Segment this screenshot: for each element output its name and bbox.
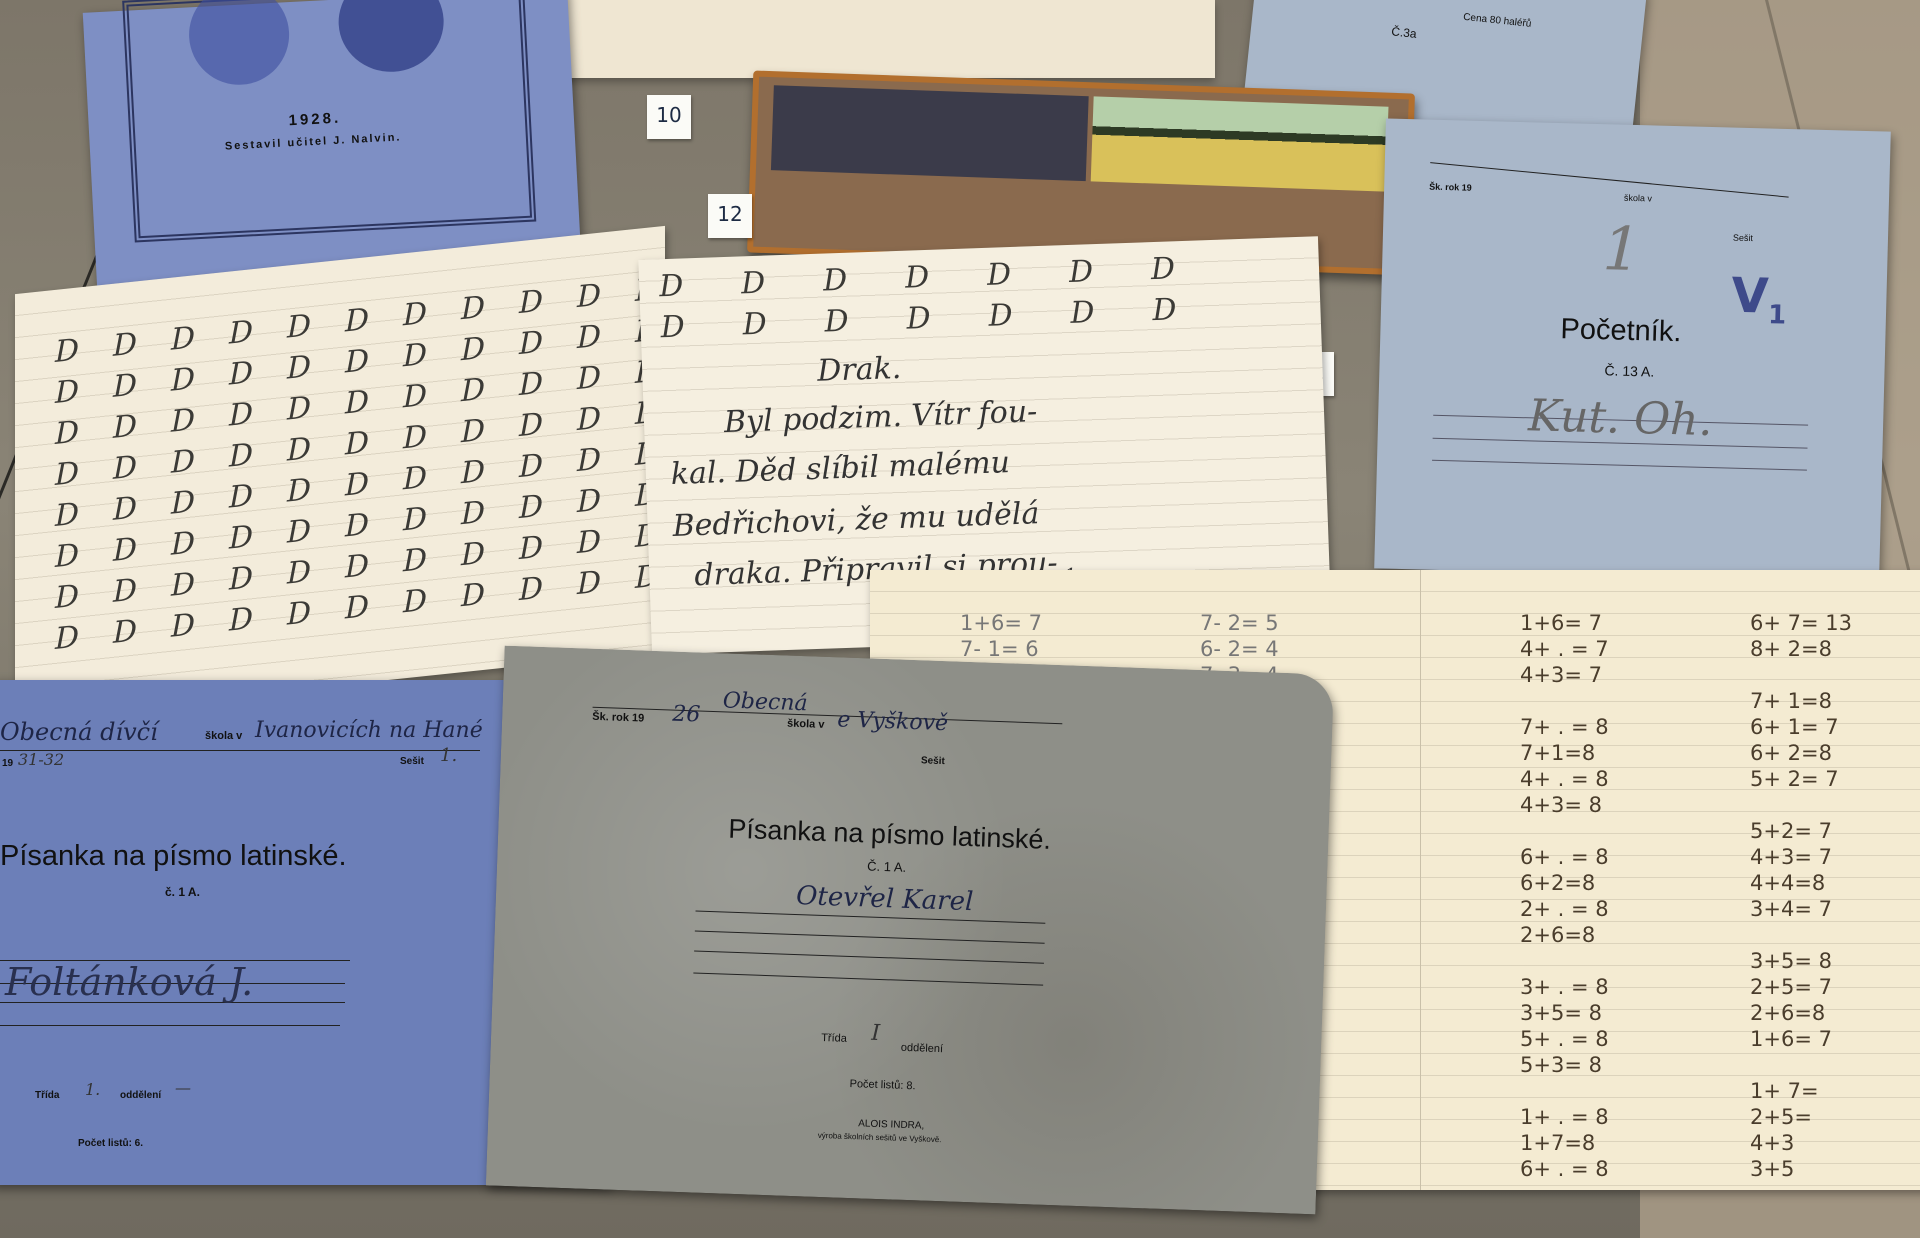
practice-letter: D: [461, 492, 509, 532]
math-column-d: 6+ 7= 13 8+ 2=8 7+ 1=8 6+ 1= 7 6+ 2=8 5+…: [1750, 610, 1852, 1182]
blue-division-value: —: [175, 1078, 191, 1097]
price-field: Cena 80 haléřů: [1463, 12, 1532, 30]
practice-letter: D: [403, 416, 451, 456]
grey-school-place: e Vyškově: [837, 707, 949, 736]
practice-letter: D: [345, 422, 393, 462]
pocetnik-rule-3: [1432, 460, 1807, 471]
blue-year-prefix: 19: [2, 758, 13, 769]
grey-owner-name: Otevřel Karel: [796, 881, 974, 917]
blue-class-value: 1.: [85, 1080, 100, 1099]
practice-letter: D: [824, 302, 897, 339]
pocetnik-number: Č. 13 A.: [1604, 362, 1654, 379]
pocetnik-title: Početník.: [1560, 313, 1682, 349]
grey-notebook-label: Sešit: [921, 755, 945, 767]
practice-letter: D: [519, 527, 567, 567]
practice-letter: D: [171, 523, 219, 563]
practice-letter: D: [659, 267, 732, 304]
grey-school-year: 26: [672, 702, 701, 728]
pocetnik-school-year-label: Šk. rok 19: [1429, 182, 1472, 193]
grey-division-label: oddělení: [901, 1042, 944, 1055]
practice-letter: D: [55, 371, 103, 411]
blue-title: Písanka na písmo latinské.: [0, 840, 347, 873]
practice-letter: D: [113, 406, 161, 446]
blue-rule-top: [0, 750, 480, 751]
practice-letter: D: [345, 586, 393, 626]
practice-letter: D: [519, 486, 567, 526]
grey-name-rule-2: [695, 930, 1045, 943]
practice-letter: D: [1068, 252, 1141, 289]
open-book-top: [545, 0, 1215, 78]
practice-letter: D: [55, 412, 103, 452]
pocetnik-handwritten-number: 1: [1602, 214, 1642, 285]
practice-letter: D: [1152, 291, 1225, 328]
practice-letter: D: [229, 312, 277, 352]
drak-title: Drak.: [817, 351, 902, 389]
grey-school-year-label: Šk. rok 19: [592, 711, 644, 725]
practice-letter: D: [229, 353, 277, 393]
practice-letter: D: [345, 299, 393, 339]
practice-letter: D: [1150, 250, 1223, 287]
practice-letter: D: [55, 576, 103, 616]
practice-letter: D: [577, 521, 625, 561]
practice-letter: D: [113, 324, 161, 364]
practice-letter: D: [403, 539, 451, 579]
practice-letter: D: [287, 388, 335, 428]
practice-letter: D: [171, 482, 219, 522]
pencil-compartment: [771, 85, 1089, 181]
practice-letter: D: [113, 611, 161, 651]
blue-notebook-label: Sešit: [400, 756, 424, 767]
practice-letter: D: [171, 564, 219, 604]
practice-letter: D: [577, 275, 625, 315]
grey-title: Písanka na písmo latinské.: [728, 814, 1052, 856]
cover-code: Č.3a: [1391, 24, 1418, 41]
blue-number: č. 1 A.: [165, 885, 200, 899]
practice-letter: D: [577, 316, 625, 356]
practice-letter: D: [403, 334, 451, 374]
booklet-year: 1928.: [288, 110, 341, 130]
practice-letter: D: [287, 347, 335, 387]
practice-letter: D: [988, 296, 1061, 333]
practice-letter: D: [171, 441, 219, 481]
grey-printer-sub: výroba školních sešitů ve Vyškově.: [818, 1131, 942, 1144]
exhibit-label-12: 12: [708, 194, 752, 238]
pocetnik-rule-top: [1430, 162, 1788, 197]
practice-letter: D: [287, 511, 335, 551]
practice-letter: D: [287, 593, 335, 633]
practice-letter: D: [113, 488, 161, 528]
practice-letter: D: [55, 453, 103, 493]
practice-letter: D: [113, 570, 161, 610]
practice-letter: D: [287, 552, 335, 592]
d-letter-grid: DDDDDDDDDDDDDDDDDDDDDDDDDDDDDDDDDDDDDDDD…: [55, 269, 683, 657]
practice-letter: D: [403, 580, 451, 620]
pocetnik-school-label: škola v: [1624, 193, 1652, 204]
pocetnik-stamp: V1: [1731, 268, 1788, 331]
practice-letter: D: [55, 494, 103, 534]
math-column-c: 1+6= 7 4+ . = 7 4+3= 7 7+ . = 8 7+1=8 4+…: [1520, 610, 1609, 1182]
practice-letter: D: [461, 369, 509, 409]
practice-letter: D: [577, 480, 625, 520]
practice-letter: D: [906, 299, 979, 336]
grey-name-rule-3: [694, 950, 1044, 963]
practice-letter: D: [229, 558, 277, 598]
blue-school-label: škola v: [205, 730, 242, 742]
pisanka-grey: Obecná Šk. rok 19 26 škola v e Vyškově S…: [486, 646, 1334, 1215]
exhibit-label-10: 10: [647, 95, 691, 139]
practice-letter: D: [403, 498, 451, 538]
practice-letter: D: [287, 306, 335, 346]
practice-letter: D: [519, 404, 567, 444]
grey-number: Č. 1 A.: [867, 858, 907, 874]
practice-letter: D: [287, 429, 335, 469]
practice-letter: D: [55, 617, 103, 657]
practice-letter: D: [345, 545, 393, 585]
practice-letter: D: [461, 451, 509, 491]
practice-letter: D: [519, 363, 567, 403]
practice-letter: D: [229, 517, 277, 557]
practice-letter: D: [577, 398, 625, 438]
practice-letter: D: [171, 400, 219, 440]
practice-letter: D: [660, 308, 733, 345]
practice-letter: D: [986, 255, 1059, 292]
grey-school-label: škola v: [787, 718, 825, 731]
drak-line-3: Bedřichovi, že mu udělá: [672, 496, 1040, 544]
practice-letter: D: [113, 529, 161, 569]
practice-letter: D: [345, 381, 393, 421]
practice-letter: D: [171, 318, 219, 358]
blue-year: 31-32: [18, 750, 64, 769]
practice-letter: D: [345, 340, 393, 380]
practice-letter: D: [55, 330, 103, 370]
pocetnik-signature: Kut. Oh.: [1528, 390, 1714, 446]
practice-letter: D: [229, 435, 277, 475]
d-practice-sheet: DDDDDDDDDDDDDDDDDDDDDDDDDDDDDDDDDDDDDDDD…: [15, 226, 665, 719]
practice-letter: D: [461, 410, 509, 450]
practice-letter: D: [577, 439, 625, 479]
practice-letter: D: [461, 328, 509, 368]
stamp-letter: V: [1731, 268, 1770, 325]
math-notebook-spine: [1420, 570, 1421, 1190]
practice-letter: D: [519, 281, 567, 321]
practice-letter: D: [519, 445, 567, 485]
practice-letter: D: [403, 375, 451, 415]
grey-class-label: Třída: [821, 1032, 847, 1045]
practice-letter: D: [519, 322, 567, 362]
practice-letter: D: [741, 264, 814, 301]
practice-letter: D: [823, 261, 896, 298]
practice-letter: D: [171, 359, 219, 399]
practice-letter: D: [403, 293, 451, 333]
practice-letter: D: [229, 476, 277, 516]
grey-pages: Počet listů: 8.: [849, 1078, 915, 1092]
practice-letter: D: [55, 535, 103, 575]
practice-letter: D: [113, 447, 161, 487]
practice-letter: D: [461, 574, 509, 614]
practice-letter: D: [229, 599, 277, 639]
drak-line-2: kal. Děd slíbil malému: [670, 445, 1010, 492]
practice-letter: D: [229, 394, 277, 434]
blue-name-rule-4: [0, 1025, 340, 1026]
practice-letter: D: [1070, 293, 1143, 330]
d-letter-grid-small: DDDDDDDDDDDDDD: [659, 250, 1225, 346]
practice-letter: D: [905, 258, 978, 295]
blue-school-place: Ivanovicích na Hané: [255, 718, 483, 743]
pocetnik-notebook: Šk. rok 19 škola v Sešit 1 V1 Početník. …: [1374, 118, 1891, 581]
practice-letter: D: [345, 463, 393, 503]
practice-letter: D: [461, 533, 509, 573]
stamp-subscript: 1: [1768, 300, 1787, 330]
drak-line-1: Byl podzim. Vítr fou-: [723, 394, 1037, 440]
practice-letter: D: [519, 568, 567, 608]
practice-letter: D: [113, 365, 161, 405]
grey-rule-top: [593, 707, 1063, 724]
blue-owner-name: Foltánková J.: [5, 960, 253, 1004]
blue-pages: Počet listů: 6.: [78, 1138, 143, 1149]
pocetnik-notebook-label: Sešit: [1733, 233, 1753, 244]
practice-letter: D: [287, 470, 335, 510]
practice-letter: D: [171, 605, 219, 645]
grey-class-value: I: [871, 1021, 881, 1046]
practice-letter: D: [345, 504, 393, 544]
grey-name-rule-4: [693, 972, 1043, 985]
pencil-case-painting: [1091, 96, 1389, 191]
blue-notebook-no: 1.: [440, 745, 457, 766]
practice-letter: D: [461, 287, 509, 327]
blue-school-type: Obecná dívčí: [0, 718, 158, 746]
grey-printer: ALOIS INDRA,: [858, 1118, 924, 1131]
practice-letter: D: [742, 305, 815, 342]
practice-letter: D: [577, 562, 625, 602]
practice-letter: D: [403, 457, 451, 497]
practice-letter: D: [577, 357, 625, 397]
blue-division-label: oddělení: [120, 1090, 161, 1101]
blue-class-label: Třída: [35, 1090, 59, 1101]
